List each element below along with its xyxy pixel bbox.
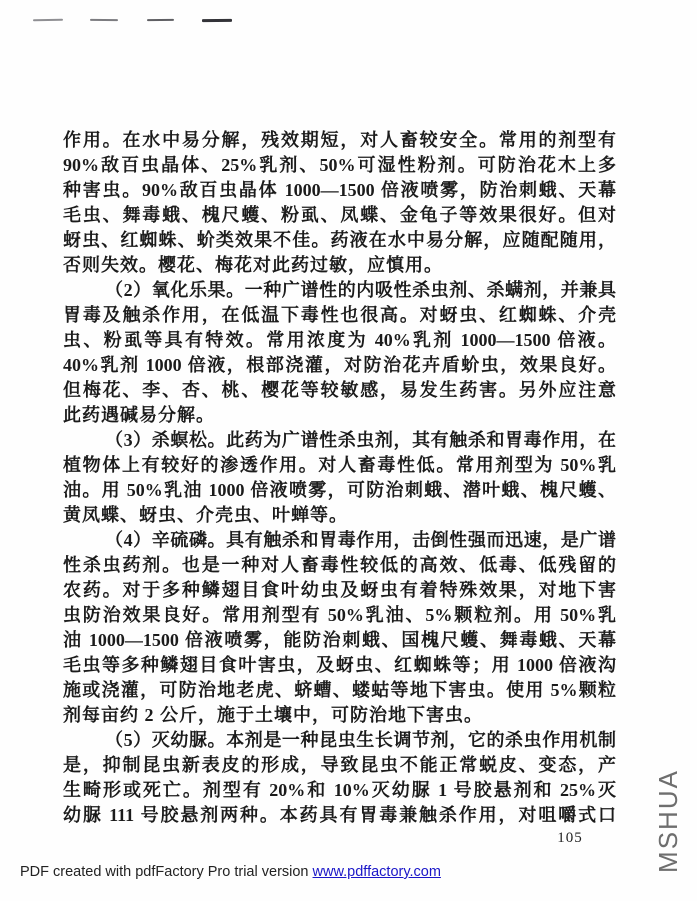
text-line: 90%敌百虫晶体、25%乳剂、50%可湿性粉剂。可防治花木上多 <box>63 153 616 178</box>
text-line: 油 1000—1500 倍液喷雾，能防治刺蛾、国槐尺蠖、舞毒蛾、天幕 <box>63 628 616 653</box>
text-line: 施或浇灌，可防治地老虎、蛴螬、蝼蛄等地下害虫。使用 5%颗粒 <box>63 678 616 703</box>
text-line: 种害虫。90%敌百虫晶体 1000—1500 倍液喷雾，防治刺蛾、天幕 <box>63 178 616 203</box>
text-line: 剂每亩约 2 公斤，施于土壤中，可防治地下害虫。 <box>63 703 616 728</box>
pdffactory-link[interactable]: www.pdffactory.com <box>313 864 441 880</box>
text-line: 农药。对于多种鳞翅目食叶幼虫及蚜虫有着特殊效果，对地下害 <box>63 578 616 603</box>
text-line: （5）灭幼脲。本剂是一种昆虫生长调节剂，它的杀虫作用机制 <box>63 728 616 753</box>
text-line: 虫、粉虱等具有特效。常用浓度为 40%乳剂 1000—1500 倍液。 <box>63 328 616 353</box>
text-line: 胃毒及触杀作用，在低温下毒性也很高。对蚜虫、红蜘蛛、介壳 <box>63 303 616 328</box>
text-line: 40%乳剂 1000 倍液，根部浇灌，对防治花卉盾蚧虫，效果良好。 <box>63 353 616 378</box>
ink-dash-3 <box>147 19 174 21</box>
text-line: 黄凤蝶、蚜虫、介壳虫、叶蝉等。 <box>63 503 616 528</box>
body-text: 作用。在水中易分解，残效期短，对人畜较安全。常用的剂型有90%敌百虫晶体、25%… <box>63 128 616 828</box>
text-line: 否则失效。樱花、梅花对此药过敏，应慎用。 <box>63 253 616 278</box>
watermark-text: MSHUA <box>653 751 683 891</box>
text-line: 性杀虫药剂。也是一种对人畜毒性较低的高效、低毒、低残留的 <box>63 553 616 578</box>
text-line: 毛虫等多种鳞翅目食叶害虫，及蚜虫、红蜘蛛等；用 1000 倍液沟 <box>63 653 616 678</box>
scanned-book-page: 作用。在水中易分解，残效期短，对人畜较安全。常用的剂型有90%敌百虫晶体、25%… <box>0 0 697 901</box>
text-line: （3）杀螟松。此药为广谱性杀虫剂，其有触杀和胃毒作用，在 <box>63 428 616 453</box>
page-number: 105 <box>553 830 587 847</box>
text-line: 生畸形或死亡。剂型有 20%和 10%灭幼脲 1 号胶悬剂和 25%灭 <box>63 778 616 803</box>
footer-text: PDF created with pdfFactory Pro trial ve… <box>20 864 313 880</box>
text-line: 蚜虫、红蜘蛛、蚧类效果不佳。药液在水中易分解，应随配随用， <box>63 228 616 253</box>
text-line: 毛虫、舞毒蛾、槐尺蠖、粉虱、凤蝶、金龟子等效果很好。但对 <box>63 203 616 228</box>
text-line: 是，抑制昆虫新表皮的形成，导致昆虫不能正常蜕皮、变态，产 <box>63 753 616 778</box>
text-line: 虫防治效果良好。常用剂型有 50%乳油、5%颗粒剂。用 50%乳 <box>63 603 616 628</box>
text-line: 幼脲 111 号胶悬剂两种。本药具有胃毒兼触杀作用，对咀嚼式口 <box>63 803 616 828</box>
pen-marks <box>0 0 697 40</box>
text-line: 此药遇碱易分解。 <box>63 403 616 428</box>
ink-dash-2 <box>90 19 118 21</box>
ink-dash-4 <box>202 19 232 22</box>
text-line: （2）氧化乐果。一种广谱性的内吸性杀虫剂、杀螨剂，并兼具 <box>63 278 616 303</box>
text-line: 但梅花、李、杏、桃、樱花等较敏感，易发生药害。另外应注意 <box>63 378 616 403</box>
ink-dash-1 <box>33 19 63 21</box>
text-line: （4）辛硫磷。具有触杀和胃毒作用，击倒性强而迅速，是广谱 <box>63 528 616 553</box>
text-line: 作用。在水中易分解，残效期短，对人畜较安全。常用的剂型有 <box>63 128 616 153</box>
text-line: 植物体上有较好的渗透作用。对人畜毒性低。常用剂型为 50%乳 <box>63 453 616 478</box>
pdf-footer: PDF created with pdfFactory Pro trial ve… <box>20 864 441 880</box>
text-line: 油。用 50%乳油 1000 倍液喷雾，可防治刺蛾、潜叶蛾、槐尺蠖、 <box>63 478 616 503</box>
